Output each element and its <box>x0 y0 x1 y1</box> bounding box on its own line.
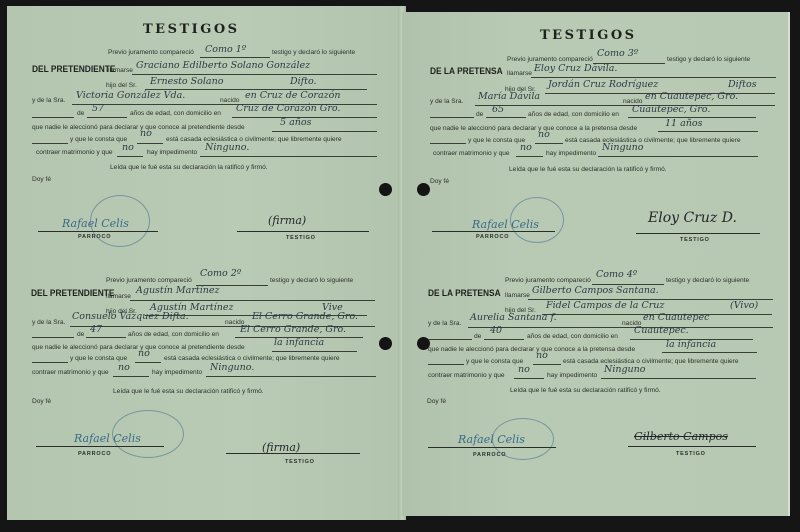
signature-line <box>237 231 369 232</box>
field-line <box>272 351 357 352</box>
value-edad: 47 <box>90 324 102 335</box>
value-consta: no <box>536 350 548 361</box>
label-leida: Leída que le fué esta su declaración rat… <box>510 387 661 394</box>
value-domicilio: El Cerro Grande, Gro. <box>240 324 346 335</box>
page-title: TESTIGOS <box>143 22 240 37</box>
signature-line <box>628 446 756 447</box>
value-padre-estado: Difto. <box>290 76 317 87</box>
label-madre: y de la Sra. <box>428 320 461 327</box>
label-previo: Previo juramento compareció <box>505 277 591 284</box>
label-casada: está casada eclesiástica o civilmente; q… <box>166 136 342 143</box>
value-comparecio: Como 1º <box>205 44 246 55</box>
field-line <box>32 362 68 363</box>
label-conoce: que nadie le aleccionó para declarar y q… <box>430 125 637 132</box>
value-padre: Fidel Campos de la Cruz <box>546 300 664 311</box>
label-conoce: que nadie le aleccionó para declarar y q… <box>428 346 635 353</box>
field-line <box>32 337 74 338</box>
value-impedimento: Ninguno. <box>205 142 249 153</box>
field-line <box>272 131 377 132</box>
label-edad: años de edad, con domicilio en <box>128 331 219 338</box>
signature-line <box>38 231 158 232</box>
label-testigo: testigo y declaró lo siguiente <box>272 49 355 56</box>
signature-line <box>636 233 760 234</box>
value-padre: Ernesto Solano <box>150 76 223 87</box>
punch-hole <box>379 337 392 350</box>
label-casada: está casada eclesiástica o civilmente; q… <box>565 137 741 144</box>
value-consta: no <box>140 128 152 139</box>
label-doy-fe: Doy fé <box>32 398 51 405</box>
field-line <box>86 337 126 338</box>
label-llamarse: llamarse <box>505 292 530 299</box>
label-parroco: PARROCO <box>78 451 111 457</box>
label-testigo: TESTIGO <box>680 237 710 243</box>
value-domicilio: Cuautepec, Gro. <box>632 104 710 115</box>
value-domicilio: Cruz de Corazón Gro. <box>236 103 340 114</box>
signature-parroco: Rafael Celis <box>472 218 539 231</box>
field-line <box>484 339 524 340</box>
label-testigo: TESTIGO <box>285 459 315 465</box>
field-line <box>200 156 377 157</box>
field-line <box>32 117 74 118</box>
value-desde: 5 años <box>280 117 311 128</box>
value-hay: no <box>122 142 134 153</box>
field-line <box>475 105 775 106</box>
field-line <box>516 156 543 157</box>
value-edad: 65 <box>492 104 504 115</box>
section-de-la-pretensa: DE LA PRETENSA <box>430 66 503 77</box>
field-line <box>468 327 773 328</box>
field-line <box>598 156 758 157</box>
value-comparecio: Como 3º <box>597 48 638 59</box>
label-impedimento: hay impedimento <box>547 372 597 379</box>
label-leida: Leída que le fué esta su declaración la … <box>509 166 667 173</box>
field-line <box>200 57 270 58</box>
field-line <box>486 117 526 118</box>
section-del-pretendiente: DEL PRETENDIENTE <box>31 288 114 299</box>
label-edad: años de edad, con domicilio en <box>528 111 619 118</box>
value-nacido: en Cuautepec <box>643 312 709 323</box>
label-hijo: hijo del Sr. <box>106 82 137 89</box>
field-line <box>535 143 563 144</box>
field-line <box>430 117 474 118</box>
label-casada: está casada eclesiástica o civilmente; q… <box>164 355 340 362</box>
label-llamarse: llamarse <box>507 70 532 77</box>
label-leida: Leída que le fué esta su declaración la … <box>110 164 268 171</box>
value-edad: 40 <box>490 325 502 336</box>
label-doy-fe: Doy fé <box>32 176 51 183</box>
label-madre: y de la Sra. <box>430 98 463 105</box>
label-impedimento: hay impedimento <box>152 369 202 376</box>
field-line <box>430 143 466 144</box>
label-edad: años de edad, con domicilio en <box>130 110 221 117</box>
label-de: de <box>474 333 481 340</box>
label-impedimento: hay impedimento <box>147 149 197 156</box>
value-nombre: Graciano Edilberto Solano González <box>136 60 310 71</box>
signature-line <box>432 231 555 232</box>
signature-line <box>226 453 360 454</box>
label-impedimento: hay impedimento <box>546 150 596 157</box>
field-line <box>135 362 161 363</box>
label-doy-fe: Doy fé <box>430 178 449 185</box>
label-leida: Leída que le fué esta su declaración rat… <box>113 388 264 395</box>
value-nombre: Gilberto Campos Santana. <box>532 285 659 296</box>
field-line <box>130 300 375 301</box>
field-line <box>533 364 561 365</box>
label-previo: Previo juramento compareció <box>108 49 194 56</box>
label-testigo: testigo y declaró lo siguiente <box>270 277 353 284</box>
label-testigo: TESTIGO <box>676 451 706 457</box>
label-contraer: contraer matrimonio y que <box>428 372 505 379</box>
value-nombre: Eloy Cruz Dávila. <box>534 63 617 74</box>
value-padre-estado: Diftos <box>728 79 757 90</box>
value-madre: Victoria González Vda. <box>76 90 185 101</box>
label-parroco: PARROCO <box>78 234 111 240</box>
value-desde: 11 años <box>665 118 703 129</box>
label-consta: y que le consta que <box>468 137 525 144</box>
signature-line <box>36 446 164 447</box>
section-del-pretendiente: DEL PRETENDIENTE <box>32 64 115 75</box>
value-madre: Aurelia Santana f. <box>470 312 557 323</box>
value-hay: no <box>518 364 530 375</box>
field-line <box>137 143 163 144</box>
label-testigo: TESTIGO <box>286 235 316 241</box>
value-impedimento: Ninguno. <box>210 362 254 373</box>
value-nacido: en Cruz de Corazón <box>245 90 340 101</box>
field-line <box>32 143 68 144</box>
label-conoce: que nadie le aleccionó para declarar y q… <box>32 124 245 131</box>
label-madre: y de la Sra. <box>32 319 65 326</box>
signature-parroco: Rafael Celis <box>62 217 129 230</box>
value-nacido: en Cuautepec, Gro. <box>645 91 738 102</box>
label-contraer: contraer matrimonio y que <box>433 150 510 157</box>
value-madre: María Dávila <box>478 91 540 102</box>
value-desde: la infancia <box>274 337 324 348</box>
label-llamarse: llamarse <box>106 293 131 300</box>
label-de: de <box>77 110 84 117</box>
label-testigo: testigo y declaró lo siguiente <box>667 56 750 63</box>
field-line <box>113 376 149 377</box>
label-edad: años de edad, con domicilio en <box>527 333 618 340</box>
label-contraer: contraer matrimonio y que <box>36 149 113 156</box>
label-previo: Previo juramento compareció <box>507 56 593 63</box>
label-madre: y de la Sra. <box>32 97 65 104</box>
value-padre: Jordán Cruz Rodríguez <box>548 79 658 90</box>
value-domicilio: Cuautepec. <box>634 325 689 336</box>
label-consta: y que le consta que <box>466 358 523 365</box>
section-de-la-pretensa: DE LA PRETENSA <box>428 288 501 299</box>
field-line <box>601 378 756 379</box>
value-comparecio: Como 2º <box>200 268 241 279</box>
value-nacido: El Cerro Grande, Gro. <box>252 311 358 322</box>
label-casada: está casada eclesiástica o civilmente; q… <box>563 358 739 365</box>
label-de: de <box>476 111 483 118</box>
signature-testigo: (firma) <box>268 214 306 227</box>
label-llamarse: llamarse <box>108 67 133 74</box>
label-contraer: contraer matrimonio y que <box>32 369 109 376</box>
field-line <box>206 376 376 377</box>
field-line <box>531 77 776 78</box>
label-testigo: testigo y declaró lo siguiente <box>666 277 749 284</box>
label-parroco: PARROCO <box>473 452 506 458</box>
field-line <box>132 74 377 75</box>
field-line <box>658 131 758 132</box>
field-line <box>117 156 143 157</box>
label-doy-fe: Doy fé <box>427 398 446 405</box>
label-consta: y que le consta que <box>70 136 127 143</box>
value-consta: no <box>138 348 150 359</box>
value-consta: no <box>538 129 550 140</box>
value-impedimento: Ninguno <box>604 364 646 375</box>
label-consta: y que le consta que <box>70 355 127 362</box>
value-hay: no <box>520 142 532 153</box>
field-line <box>514 378 544 379</box>
value-desde: la infancia <box>666 339 716 350</box>
value-nombre: Agustín Martínez <box>136 285 219 296</box>
value-edad: 57 <box>92 103 104 114</box>
value-impedimento: Ninguno <box>602 142 644 153</box>
punch-hole <box>379 183 392 196</box>
value-comparecio: Como 4º <box>596 269 637 280</box>
field-line <box>662 352 757 353</box>
punch-hole <box>417 183 430 196</box>
label-parroco: PARROCO <box>476 234 509 240</box>
field-line <box>428 339 472 340</box>
signature-line <box>428 447 556 448</box>
page-title: TESTIGOS <box>540 28 637 43</box>
value-hay: no <box>118 362 130 373</box>
field-line <box>428 364 464 365</box>
value-padre-estado: (Vivo) <box>730 300 758 311</box>
signature-testigo: Gilberto Campos <box>634 430 728 443</box>
signature-parroco: Rafael Celis <box>74 432 141 445</box>
value-madre: Consuelo Vázquez Difta. <box>72 311 189 322</box>
label-previo: Previo juramento compareció <box>106 277 192 284</box>
signature-parroco: Rafael Celis <box>458 433 525 446</box>
signature-testigo: Eloy Cruz D. <box>648 210 737 226</box>
field-line <box>87 117 127 118</box>
label-de: de <box>77 331 84 338</box>
